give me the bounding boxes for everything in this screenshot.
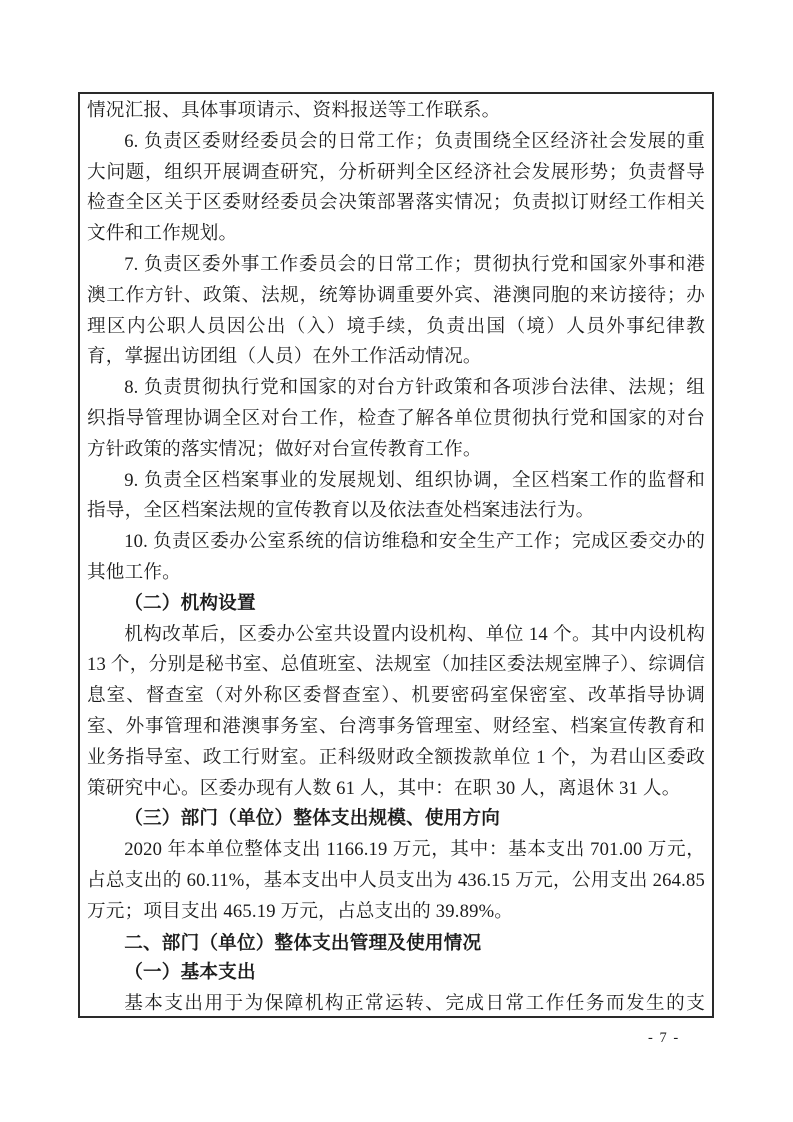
paragraph-org-setup: 机构改革后，区委办公室共设置内设机构、单位 14 个。其中内设机构 13 个，分… [87, 620, 705, 805]
paragraph-duty-8: 8. 负责贯彻执行党和国家的对台方针政策和各项涉台法律、法规；组织指导管理协调全… [87, 373, 705, 465]
heading-section-2-org-setup: （二）机构设置 [87, 589, 705, 620]
heading-section-3-expenditure-scale: （三）部门（单位）整体支出规模、使用方向 [87, 804, 705, 835]
heading-part-2-expenditure-management: 二、部门（单位）整体支出管理及使用情况 [87, 928, 705, 959]
paragraph-expenditure-2020: 2020 年本单位整体支出 1166.19 万元，其中：基本支出 701.00 … [87, 835, 705, 927]
paragraph-duty-6: 6. 负责区委财经委员会的日常工作；负责围绕全区经济社会发展的重大问题，组织开展… [87, 127, 705, 250]
heading-section-1-basic-expenditure: （一）基本支出 [87, 958, 705, 989]
paragraph-continuation: 情况汇报、具体事项请示、资料报送等工作联系。 [87, 96, 705, 127]
page-number: - 7 - [648, 1030, 680, 1047]
document-text-cell: 情况汇报、具体事项请示、资料报送等工作联系。 6. 负责区委财经委员会的日常工作… [78, 92, 714, 1018]
paragraph-duty-7: 7. 负责区委外事工作委员会的日常工作；贯彻执行党和国家外事和港澳工作方针、政策… [87, 250, 705, 373]
paragraph-basic-expenditure-intro: 基本支出用于为保障机构正常运转、完成日常工作任务而发生的支出， [87, 989, 705, 1018]
paragraph-duty-10: 10. 负责区委办公室系统的信访维稳和安全生产工作；完成区委交办的其他工作。 [87, 527, 705, 589]
paragraph-duty-9: 9. 负责全区档案事业的发展规划、组织协调，全区档案工作的监督和指导，全区档案法… [87, 466, 705, 528]
